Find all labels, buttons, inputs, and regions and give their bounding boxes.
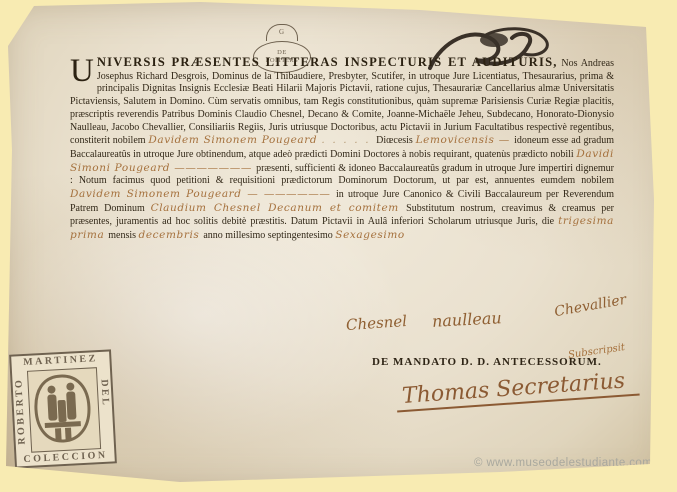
museum-watermark: © www.museodelestudiante.com: [474, 457, 652, 469]
handwritten-name: Davidem Simonem Pougeard — ——————: [70, 188, 336, 200]
printed-segment: Nos Andreas Josephus Richard Desgrois, D…: [70, 58, 614, 146]
handwritten-substitute: Claudium Chesnel Decanum et comitem: [151, 202, 407, 214]
screenshot-stage: G DE POITIERS UNIVERSIS PRÆSENTES LITTER…: [0, 0, 677, 492]
printed-segment: anno millesimo septingentesimo: [203, 230, 335, 241]
collection-stamp-left-label: ROBERTO: [13, 377, 27, 444]
signature-chevallier: Chevallier: [553, 292, 627, 320]
printed-segment: Diœcesis: [376, 135, 415, 146]
signature-secretary: Thomas Secretarius: [395, 368, 640, 413]
signature-naulleau: naulleau: [432, 308, 503, 331]
handwritten-month: decembris: [139, 229, 204, 241]
printed-segment: mensis: [108, 230, 138, 241]
mandate-line: DE MANDATO D. D. ANTECESSORUM.: [372, 356, 602, 368]
parchment-sheet: G DE POITIERS UNIVERSIS PRÆSENTES LITTER…: [0, 0, 677, 492]
collection-stamp: MARTINEZ COLECCION ROBERTO DEL RIO: [9, 349, 117, 468]
handwritten-diocese: Lemovicensis —: [416, 134, 514, 146]
handwritten-year: Sexagesimo: [335, 229, 405, 241]
dropcap-U: U: [70, 56, 97, 84]
tax-stamp-crown: G: [266, 24, 298, 41]
collection-stamp-top-label: MARTINEZ: [11, 353, 109, 369]
handwritten-name: Davidem Simonem Pougeard: [148, 134, 321, 146]
diploma-heading: NIVERSIS PRÆSENTES LITTERAS INSPECTURIS …: [97, 55, 558, 69]
signature-chesnel: Chesnel: [345, 312, 407, 334]
diploma-text: UNIVERSIS PRÆSENTES LITTERAS INSPECTURIS…: [70, 56, 614, 243]
collection-stamp-woodcut-icon: [27, 367, 101, 453]
handwritten-dots: . . . . .: [321, 134, 376, 146]
